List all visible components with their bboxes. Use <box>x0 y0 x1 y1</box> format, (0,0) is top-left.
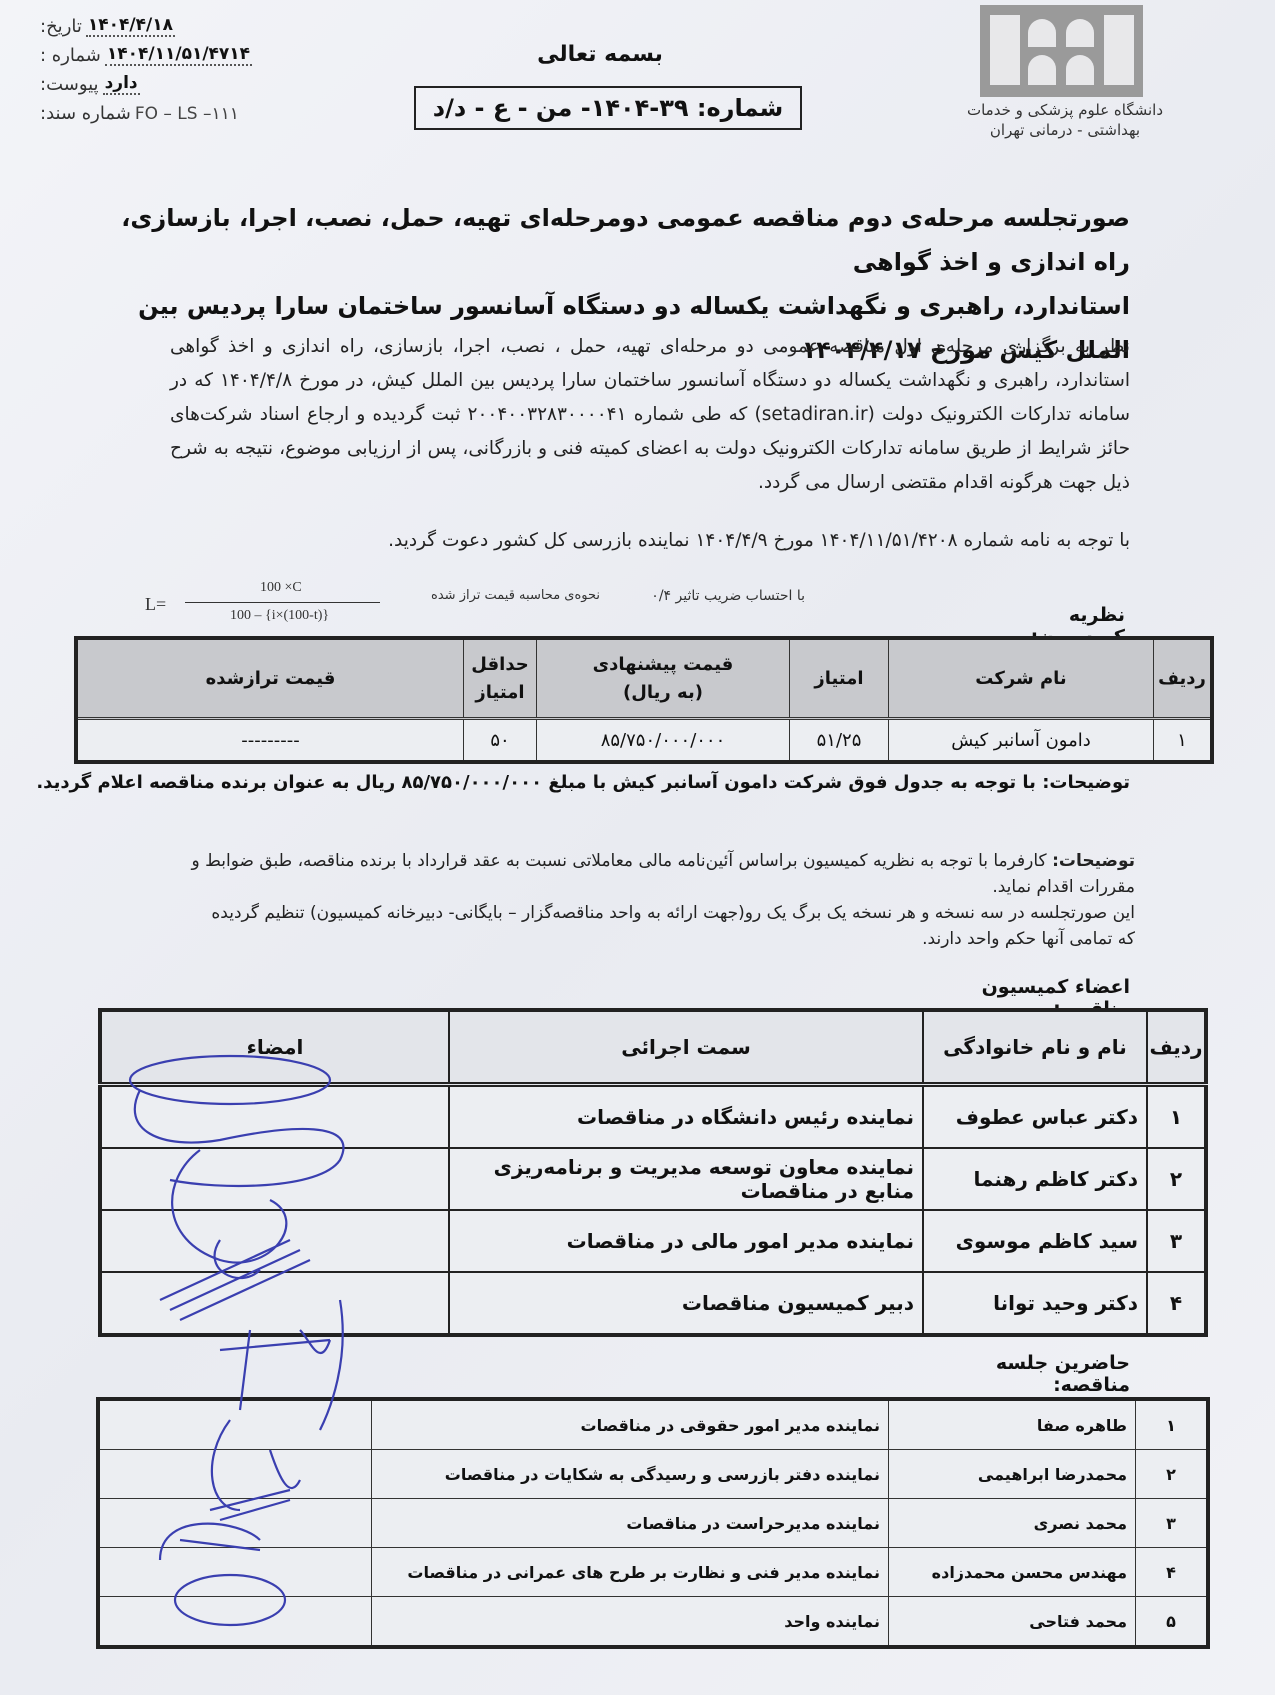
attendee-role: نماینده مدیر امور حقوقی در مناقصات <box>372 1399 889 1450</box>
doc-number-value: FO – LS –۱۱۱ <box>135 104 239 124</box>
doc-number-label: شماره سند: <box>40 103 131 124</box>
min-score: ۵۰ <box>464 719 537 763</box>
company-name: دامون آسانبر کیش <box>889 719 1154 763</box>
attendee-name: مهندس محسن محمدزاده <box>889 1548 1136 1597</box>
table-row: ۲ محمدرضا ابراهیمی نماینده دفتر بازرسی و… <box>98 1450 1208 1499</box>
col-index: ردیف <box>1154 638 1213 719</box>
letter-number-value: ۱۴۰۴/۱۱/۵۱/۴۷۱۴ <box>105 44 252 66</box>
offered-price-unit: (به ریال) <box>538 679 788 707</box>
row-index: ۴ <box>1136 1548 1209 1597</box>
table-row: ۱ دکتر عباس عطوف نماینده رئیس دانشگاه در… <box>100 1085 1206 1149</box>
attendees-table: ۱ طاهره صفا نماینده مدیر امور حقوقی در م… <box>96 1397 1210 1649</box>
attendee-role: نماینده مدیر فنی و نظارت بر طرح های عمرا… <box>372 1548 889 1597</box>
table-row: ۱ طاهره صفا نماینده مدیر امور حقوقی در م… <box>98 1399 1208 1450</box>
document-meta: ۱۴۰۴/۴/۱۸تاریخ: ۱۴۰۴/۱۱/۵۱/۴۷۱۴شماره : د… <box>40 8 290 124</box>
signature-cell <box>98 1597 372 1648</box>
attendees-heading: حاضرین جلسه مناقصه: <box>940 1352 1130 1396</box>
member-name: سید کاظم موسوی <box>923 1210 1147 1272</box>
table-row: ۵ محمد فتاحی نماینده واحد <box>98 1597 1208 1648</box>
table-row: ۲ دکتر کاظم رهنما نماینده معاون توسعه مد… <box>100 1148 1206 1210</box>
member-role: دبیر کمیسیون مناقصات <box>449 1272 923 1335</box>
invitation-text: با توجه به نامه شماره ۱۴۰۴/۱۱/۵۱/۴۲۰۸ مو… <box>320 530 1130 551</box>
row-index: ۴ <box>1147 1272 1206 1335</box>
notes-label: توضیحات: <box>1052 851 1135 871</box>
table-row: ۴ مهندس محسن محمدزاده نماینده مدیر فنی و… <box>98 1548 1208 1597</box>
attendee-role: نماینده مدیرحراست در مناقصات <box>372 1499 889 1548</box>
notes-line3: که تمامی آنها حکم واحد دارند. <box>140 926 1135 952</box>
signature-cell <box>98 1499 372 1548</box>
commission-table: ردیف نام شرکت امتیاز قیمت پیشنهادی(به ری… <box>74 636 1214 764</box>
offered-price-label: قیمت پیشنهادی <box>538 651 788 679</box>
university-name-line2: بهداشتی - درمانی تهران <box>960 120 1170 140</box>
university-logo-icon <box>980 5 1143 97</box>
col-name: نام و نام خانوادگی <box>923 1010 1147 1085</box>
table-row: ۱ دامون آسانبر کیش ۵۱/۲۵ ۸۵/۷۵۰/۰۰۰/۰۰۰ … <box>76 719 1212 763</box>
member-role: نماینده رئیس دانشگاه در مناقصات <box>449 1085 923 1149</box>
winner-announcement: توضیحات: با توجه به جدول فوق شرکت دامون … <box>240 772 1130 793</box>
col-offered-price: قیمت پیشنهادی(به ریال) <box>537 638 790 719</box>
notes-line2: این صورتجلسه در سه نسخه و هر نسخه یک برگ… <box>140 900 1135 926</box>
signature-cell <box>100 1210 449 1272</box>
signature-cell <box>98 1399 372 1450</box>
leveled-price-formula: L= 100 ×C 100 – {i×(100-t)} <box>140 578 390 628</box>
leveled-price: --------- <box>76 719 464 763</box>
col-company: نام شرکت <box>889 638 1154 719</box>
member-role: نماینده مدیر امور مالی در مناقصات <box>449 1210 923 1272</box>
attachment-value: دارد <box>103 73 140 95</box>
col-signature: امضاء <box>100 1010 449 1085</box>
member-name: دکتر کاظم رهنما <box>923 1148 1147 1210</box>
signature-cell <box>98 1548 372 1597</box>
attendee-name: محمد نصری <box>889 1499 1136 1548</box>
row-index: ۳ <box>1147 1210 1206 1272</box>
row-index: ۱ <box>1136 1399 1209 1450</box>
col-score: امتیاز <box>790 638 889 719</box>
notes-line1: کارفرما با توجه به نظریه کمیسیون براساس … <box>192 851 1136 897</box>
title-line1: صورتجلسه مرحله‌ی دوم مناقصه عمومی دومرحل… <box>110 196 1130 284</box>
date-value: ۱۴۰۴/۴/۱۸ <box>86 15 175 37</box>
signature-cell <box>100 1085 449 1149</box>
col-leveled-price: قیمت ترازشده <box>76 638 464 719</box>
table-row: ۴ دکتر وحید توانا دبیر کمیسیون مناقصات <box>100 1272 1206 1335</box>
min-score-label-2: امتیاز <box>465 679 535 707</box>
row-index: ۲ <box>1147 1148 1206 1210</box>
formula-lhs: L= <box>145 594 166 615</box>
date-label: تاریخ: <box>40 16 82 37</box>
document-page: ۱۴۰۴/۴/۱۸تاریخ: ۱۴۰۴/۱۱/۵۱/۴۷۱۴شماره : د… <box>0 0 1275 1695</box>
min-score-label-1: حداقل <box>465 651 535 679</box>
offered-price: ۸۵/۷۵۰/۰۰۰/۰۰۰ <box>537 719 790 763</box>
row-index: ۲ <box>1136 1450 1209 1499</box>
attendee-name: محمد فتاحی <box>889 1597 1136 1648</box>
university-name-line1: دانشگاه علوم پزشکی و خدمات <box>960 100 1170 120</box>
signature-cell <box>100 1272 449 1335</box>
score: ۵۱/۲۵ <box>790 719 889 763</box>
member-name: دکتر وحید توانا <box>923 1272 1147 1335</box>
coefficient-note: با احتساب ضریب تاثیر ۰/۴ <box>620 588 805 604</box>
body-paragraph: نظر به برگزاری مرحله‌ی اول مناقصه عمومی … <box>170 330 1130 500</box>
bismillah-heading: بسمه تعالی <box>520 42 680 67</box>
attendee-name: طاهره صفا <box>889 1399 1136 1450</box>
attendee-role: نماینده دفتر بازرسی و رسیدگی به شکایات د… <box>372 1450 889 1499</box>
row-index: ۳ <box>1136 1499 1209 1548</box>
col-role: سمت اجرائی <box>449 1010 923 1085</box>
member-name: دکتر عباس عطوف <box>923 1085 1147 1149</box>
attendee-name: محمدرضا ابراهیمی <box>889 1450 1136 1499</box>
university-name: دانشگاه علوم پزشکی و خدمات بهداشتی - درم… <box>960 100 1170 140</box>
attachment-label: پیوست: <box>40 74 99 95</box>
letter-number-label: شماره : <box>40 45 101 66</box>
fraction-bar <box>185 602 380 603</box>
formula-denominator: 100 – {i×(100-t)} <box>230 608 329 624</box>
table-row: ۳ سید کاظم موسوی نماینده مدیر امور مالی … <box>100 1210 1206 1272</box>
col-min-score: حداقلامتیاز <box>464 638 537 719</box>
attendee-role: نماینده واحد <box>372 1597 889 1648</box>
session-number-box: شماره: ۳۹-۱۴۰۴- من - ع - د/د <box>414 86 802 130</box>
member-role: نماینده معاون توسعه مدیریت و برنامه‌ریزی… <box>449 1148 923 1210</box>
members-table: ردیف نام و نام خانوادگی سمت اجرائی امضاء… <box>98 1008 1208 1337</box>
signature-cell <box>98 1450 372 1499</box>
calc-method-note: نحوه‌ی محاسبه قیمت تراز شده <box>420 588 600 603</box>
row-index: ۵ <box>1136 1597 1209 1648</box>
row-index: ۱ <box>1154 719 1213 763</box>
row-index: ۱ <box>1147 1085 1206 1149</box>
table-row: ۳ محمد نصری نماینده مدیرحراست در مناقصات <box>98 1499 1208 1548</box>
col-index: ردیف <box>1147 1010 1206 1085</box>
formula-numerator: 100 ×C <box>260 580 302 596</box>
notes-block: توضیحات: کارفرما با توجه به نظریه کمیسیو… <box>140 848 1135 952</box>
signature-cell <box>100 1148 449 1210</box>
